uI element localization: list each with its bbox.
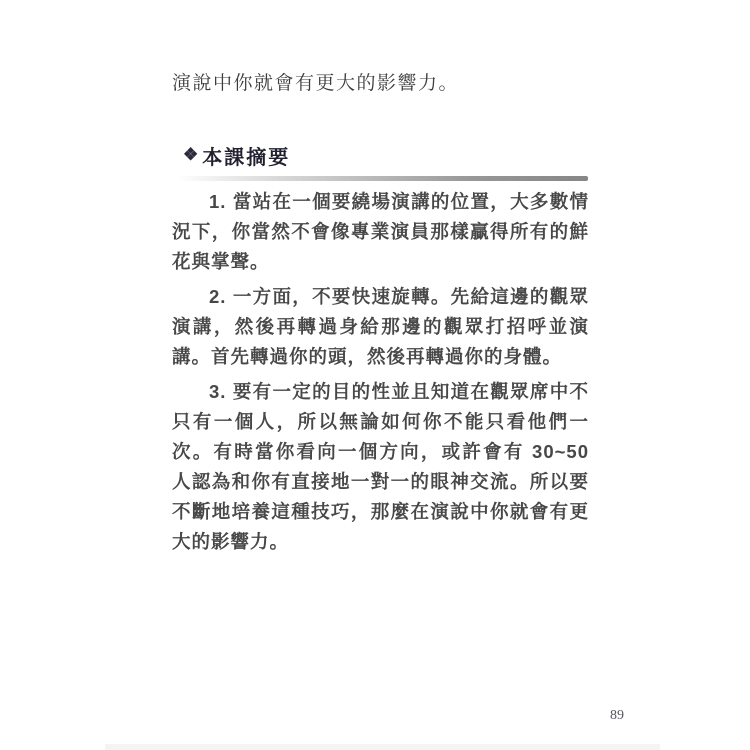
summary-paragraph-2: 2. 一方面，不要快速旋轉。先給這邊的觀眾演講，然後再轉過身給那邊的觀眾打招呼並… [172,282,589,372]
gradient-divider [176,176,588,181]
bottom-edge-bar [105,744,660,750]
diamond-bullet-icon: ❖ [183,145,200,165]
summary-paragraph-1: 1. 當站在一個要繞場演講的位置，大多數情況下，你當然不會像專業演員那樣贏得所有… [172,187,589,277]
book-page: 演說中你就會有更大的影響力。 ❖ 本課摘要 1. 當站在一個要繞場演講的位置，大… [0,0,750,750]
section-title: 本課摘要 [202,141,290,170]
continuation-text: 演說中你就會有更大的影響力。 [172,71,602,97]
summary-paragraph-3: 3. 要有一定的目的性並且知道在觀眾席中不只有一個人，所以無論如何你不能只看他們… [172,377,589,557]
page-number: 89 [610,708,624,724]
summary-body: 1. 當站在一個要繞場演講的位置，大多數情況下，你當然不會像專業演員那樣贏得所有… [172,187,589,562]
section-header: ❖ 本課摘要 [183,141,290,170]
